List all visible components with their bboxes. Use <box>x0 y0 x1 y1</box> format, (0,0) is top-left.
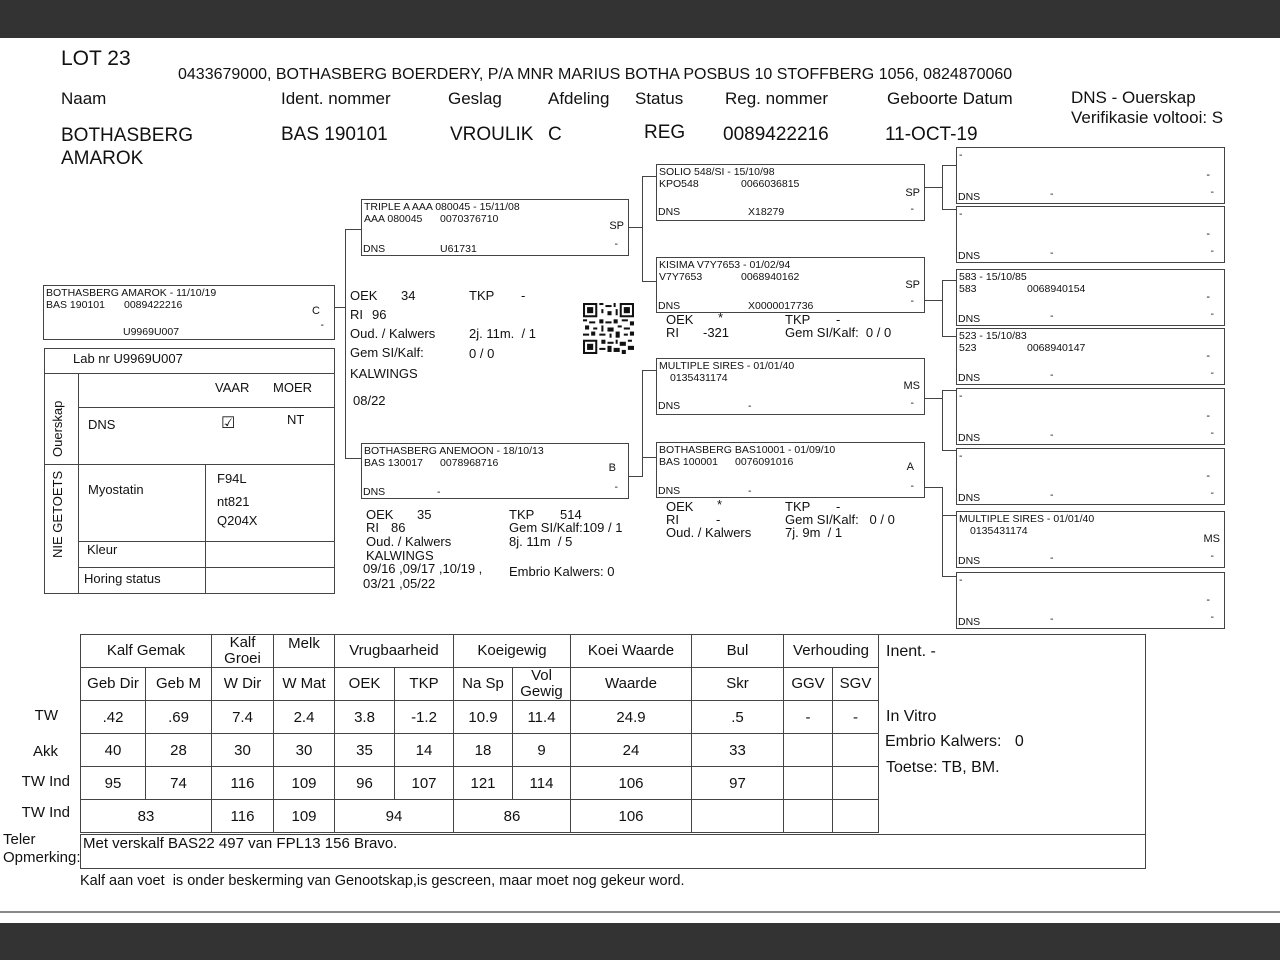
trait-row-tw-ind: 95 74 116 109 96 107 121 114 106 97 <box>81 767 879 800</box>
g3-7-reg: 0135431174 <box>970 525 1028 537</box>
group-verhouding: Verhouding <box>784 635 879 668</box>
sd-id: V7Y7653 <box>659 271 702 283</box>
subject-dns-value: U9969U007 <box>123 326 179 338</box>
animal-name-line2: AMAROK <box>61 147 193 170</box>
dd-stats: OEK * TKP - RI - Gem SI/Kalf: 0 / 0 Oud.… <box>666 499 926 544</box>
myostatin-q204x: Q204X <box>217 513 257 528</box>
row-label-akk: Akk <box>0 743 58 760</box>
moer-value: NT <box>287 412 304 427</box>
tw-ind-cell: 116 <box>212 767 274 800</box>
dd-title: BOTHASBERG BAS10001 - 01/09/10 <box>659 444 835 456</box>
g3-8-dns-value: - <box>1050 613 1054 625</box>
g3-2-dns-label: DNS <box>958 250 980 262</box>
dam-gem-value: Gem SI/Kalf:109 / 1 <box>509 520 622 535</box>
top-toolbar <box>0 0 1280 38</box>
akk-cell: 18 <box>454 734 513 767</box>
tw-cell: 10.9 <box>454 701 513 734</box>
g3-4-reg: 0068940147 <box>1027 342 1085 354</box>
col-na-sp: Na Sp <box>454 668 513 701</box>
horing-status-label: Horing status <box>84 571 161 586</box>
group-bul: Bul <box>692 635 784 668</box>
col-ggv: GGV <box>784 668 833 701</box>
subject-kalwings-value: 08/22 <box>353 391 386 411</box>
ds-code: MS <box>904 380 921 392</box>
col-oek: OEK <box>335 668 395 701</box>
animal-ident: BAS 190101 <box>281 124 388 146</box>
col-skr: Skr <box>692 668 784 701</box>
sd-code: SP <box>905 279 920 291</box>
col-w-dir: W Dir <box>212 668 274 701</box>
pedigree-sire-box[interactable]: TRIPLE A AAA 080045 - 15/11/08 AAA 08004… <box>361 199 629 256</box>
sd-ri-value: -321 <box>703 325 729 340</box>
tw-cell: -1.2 <box>395 701 454 734</box>
dam-kalwings-line2: 03/21 ,05/22 <box>363 576 435 591</box>
tw-ind-group-cell <box>833 800 879 833</box>
trait-group-header-row: Kalf Gemak Kalf Groei Melk Vrugbaarheid … <box>81 635 879 668</box>
tw-ind-cell: 109 <box>274 767 335 800</box>
dd-id: BAS 100001 <box>659 456 718 468</box>
subject-reg: 0089422216 <box>124 299 182 311</box>
dam-ri-label: RI <box>366 520 379 535</box>
myostatin-label: Myostatin <box>88 482 144 497</box>
subject-gem-label: Gem SI/Kalf: <box>350 343 424 363</box>
subject-oud-label: Oud. / Kalwers <box>350 324 435 344</box>
tw-cell: .5 <box>692 701 784 734</box>
ss-dns-value: X18279 <box>748 206 784 218</box>
sd-title: KISIMA V7Y7653 - 01/02/94 <box>659 259 790 271</box>
lot-number: LOT 23 <box>61 47 131 71</box>
col-geb-m: Geb M <box>146 668 212 701</box>
qr-code-icon <box>582 303 635 354</box>
ss-dash: - <box>911 203 915 215</box>
header-reg: Reg. nommer <box>725 89 828 109</box>
kleur-label: Kleur <box>87 542 117 557</box>
col-sgv: SGV <box>833 668 879 701</box>
bottom-toolbar <box>0 923 1280 960</box>
dam-oek-value: 35 <box>417 507 431 522</box>
pedigree-g3-box-8[interactable]: - - DNS - - <box>956 572 1225 629</box>
dam-dns-label: DNS <box>363 486 385 498</box>
g3-8-code: - <box>1206 594 1210 606</box>
nie-getoets-label: NIE GETOETS <box>50 471 65 558</box>
tw-ind-cell: 121 <box>454 767 513 800</box>
lab-number: Lab nr U9969U007 <box>73 351 183 366</box>
g3-6-dns-value: - <box>1050 489 1054 501</box>
akk-cell: 33 <box>692 734 784 767</box>
dam-dns-value: - <box>437 486 441 498</box>
pedigree-dd-box[interactable]: BOTHASBERG BAS10001 - 01/09/10 BAS 10000… <box>656 442 925 498</box>
group-melk: Melk <box>274 635 335 668</box>
col-w-mat: W Mat <box>274 668 335 701</box>
tw-cell: - <box>833 701 879 734</box>
g3-3-dns-label: DNS <box>958 313 980 325</box>
tw-ind-group-cell: 116 <box>212 800 274 833</box>
pedigree-g3-box-5[interactable]: - - DNS - - <box>956 388 1225 445</box>
g3-6-dns-label: DNS <box>958 492 980 504</box>
g3-5-title: - <box>959 390 963 402</box>
pedigree-dam-box[interactable]: BOTHASBERG ANEMOON - 18/10/13 BAS 130017… <box>361 443 629 499</box>
animal-geslag: VROULIK <box>450 124 533 146</box>
g3-7-dash: - <box>1211 550 1215 562</box>
tw-ind-group-cell: 86 <box>454 800 571 833</box>
tw-ind-cell: 95 <box>81 767 146 800</box>
pedigree-sd-box[interactable]: KISIMA V7Y7653 - 01/02/94 V7Y7653 006894… <box>656 257 925 313</box>
sire-dash: - <box>615 238 619 250</box>
dd-dns-label: DNS <box>658 485 680 497</box>
g3-4-title: 523 - 15/10/83 <box>959 330 1027 342</box>
inent-text: Inent. - <box>886 643 936 661</box>
sire-title: TRIPLE A AAA 080045 - 15/11/08 <box>364 201 520 213</box>
g3-8-dns-label: DNS <box>958 616 980 628</box>
tw-ind-group-cell <box>784 800 833 833</box>
col-geb-dir: Geb Dir <box>81 668 146 701</box>
g3-1-dash: - <box>1211 186 1215 198</box>
sire-id: AAA 080045 <box>364 213 422 225</box>
g3-8-dash: - <box>1211 611 1215 623</box>
toetse-text: Toetse: TB, BM. <box>886 759 1000 777</box>
header-afdeling: Afdeling <box>548 89 609 109</box>
g3-4-dns-value: - <box>1050 369 1054 381</box>
row-label-tw: TW <box>0 707 58 724</box>
dns-ouerskap-info: DNS - Ouerskap Verifikasie voltooi: S <box>1071 88 1223 128</box>
dam-oud-label: Oud. / Kalwers <box>366 534 451 549</box>
sd-dns-label: DNS <box>658 300 680 312</box>
group-koei-waarde: Koei Waarde <box>571 635 692 668</box>
in-vitro-text: In Vitro <box>886 708 936 726</box>
sire-dns-value: U61731 <box>440 243 477 255</box>
remark-label-opmerking: Opmerking: <box>3 849 81 867</box>
sd-dns-value: X0000017736 <box>748 300 813 312</box>
subject-pedigree-box[interactable]: BOTHASBERG AMAROK - 11/10/19 BAS 190101 … <box>43 285 335 340</box>
pedigree-g3-box-7[interactable]: MULTIPLE SIRES - 01/01/40 0135431174 MS … <box>956 511 1225 568</box>
g3-1-dns-value: - <box>1050 188 1054 200</box>
ss-reg: 0066036815 <box>741 178 799 190</box>
akk-cell: 24 <box>571 734 692 767</box>
g3-5-dns-label: DNS <box>958 432 980 444</box>
g3-2-code: - <box>1206 228 1210 240</box>
g3-7-dns-label: DNS <box>958 555 980 567</box>
tw-ind-group-cell: 109 <box>274 800 335 833</box>
group-vrugbaarheid: Vrugbaarheid <box>335 635 454 668</box>
g3-5-code: - <box>1206 410 1210 422</box>
group-kalf-groei: Kalf Groei <box>212 635 274 668</box>
g3-7-code: MS <box>1204 533 1221 545</box>
subject-oek-value: 34 <box>401 286 415 306</box>
g3-7-dns-value: - <box>1050 552 1054 564</box>
sd-gem-value: Gem SI/Kalf: 0 / 0 <box>785 325 891 340</box>
ss-dns-label: DNS <box>658 206 680 218</box>
g3-2-title: - <box>959 208 963 220</box>
akk-cell <box>784 734 833 767</box>
dam-reg: 0078968716 <box>440 457 498 469</box>
subject-dash: - <box>321 319 325 331</box>
subject-ri-value: 96 <box>372 305 386 325</box>
dd-dns-value: - <box>748 485 752 497</box>
pedigree-g3-box-4[interactable]: 523 - 15/10/83 523 0068940147 - DNS - - <box>956 328 1225 385</box>
header-geboorte: Geboorte Datum <box>887 89 1013 109</box>
myostatin-nt821: nt821 <box>217 494 250 509</box>
subject-oud-value: 2j. 11m. / 1 <box>469 324 536 344</box>
akk-cell: 40 <box>81 734 146 767</box>
g3-3-code: - <box>1206 291 1210 303</box>
subject-tkp-value: - <box>521 286 525 306</box>
g3-3-reg: 0068940154 <box>1027 283 1085 295</box>
tw-cell: 24.9 <box>571 701 692 734</box>
dd-oud-value: 7j. 9m / 1 <box>785 525 842 540</box>
animal-reg: 0089422216 <box>723 124 829 146</box>
sire-code: SP <box>609 220 624 232</box>
akk-cell <box>833 734 879 767</box>
sd-oek-value: * <box>718 310 723 325</box>
g3-3-dns-value: - <box>1050 310 1054 322</box>
row-label-tw-ind-group: TW Ind <box>10 804 70 821</box>
trait-row-tw: .42 .69 7.4 2.4 3.8 -1.2 10.9 11.4 24.9 … <box>81 701 879 734</box>
g3-1-code: - <box>1206 169 1210 181</box>
col-tkp: TKP <box>395 668 454 701</box>
subject-gem-value: 0 / 0 <box>469 344 494 364</box>
subject-code: C <box>312 305 320 317</box>
sire-reg: 0070376710 <box>440 213 498 225</box>
ouerskap-label: Ouerskap <box>50 401 65 457</box>
tw-ind-group-cell: 83 <box>81 800 212 833</box>
subject-stats: OEK 34 TKP - RI 96 Oud. / Kalwers 2j. 11… <box>350 286 570 416</box>
remark-label: Teler Opmerking: <box>3 831 81 867</box>
group-kalf-gemak: Kalf Gemak <box>81 635 212 668</box>
footnote: Kalf aan voet is onder beskerming van Ge… <box>80 873 685 889</box>
dam-dash: - <box>615 481 619 493</box>
col-waarde: Waarde <box>571 668 692 701</box>
header-ident: Ident. nommer <box>281 89 391 109</box>
myostatin-f94l: F94L <box>217 471 247 486</box>
pedigree-g3-box-3[interactable]: 583 - 15/10/85 583 0068940154 - DNS - - <box>956 269 1225 326</box>
trait-row-akk: 40 28 30 30 35 14 18 9 24 33 <box>81 734 879 767</box>
g3-6-title: - <box>959 450 963 462</box>
tw-ind-cell <box>833 767 879 800</box>
trait-column-header-row: Geb Dir Geb M W Dir W Mat OEK TKP Na Sp … <box>81 668 879 701</box>
dam-oud-value: 8j. 11m / 5 <box>509 534 572 549</box>
g3-8-title: - <box>959 574 963 586</box>
sire-dns-label: DNS <box>363 243 385 255</box>
dd-dash: - <box>911 480 915 492</box>
tw-cell: 3.8 <box>335 701 395 734</box>
tw-ind-cell <box>784 767 833 800</box>
lab-dns-panel: Lab nr U9969U007 Ouerskap VAAR MOER DNS … <box>44 348 335 594</box>
moer-header: MOER <box>273 380 312 395</box>
header-geslag: Geslag <box>448 89 502 109</box>
akk-cell: 30 <box>212 734 274 767</box>
dam-embrio: Embrio Kalwers: 0 <box>509 564 614 579</box>
dd-reg: 0076091016 <box>735 456 793 468</box>
vaar-header: VAAR <box>215 380 249 395</box>
tw-ind-cell: 97 <box>692 767 784 800</box>
dns-ouerskap-title: DNS - Ouerskap <box>1071 88 1223 108</box>
remark-box: Met verskalf BAS22 497 van FPL13 156 Bra… <box>80 834 1146 869</box>
ds-dns-label: DNS <box>658 400 680 412</box>
tw-ind-group-cell: 106 <box>571 800 692 833</box>
pedigree-ss-box[interactable]: SOLIO 548/SI - 15/10/98 KPO548 006603681… <box>656 164 925 221</box>
akk-cell: 14 <box>395 734 454 767</box>
g3-5-dns-value: - <box>1050 429 1054 441</box>
g3-6-code: - <box>1206 470 1210 482</box>
animal-birthdate: 11-OCT-19 <box>885 124 978 146</box>
dd-oud-label: Oud. / Kalwers <box>666 525 751 540</box>
ss-id: KPO548 <box>659 178 699 190</box>
trait-row-tw-ind-group: 83 116 109 94 86 106 <box>81 800 879 833</box>
g3-5-dash: - <box>1211 427 1215 439</box>
g3-4-code: - <box>1206 350 1210 362</box>
embrio-text: Embrio Kalwers: 0 <box>885 733 1024 751</box>
dam-id: BAS 130017 <box>364 457 423 469</box>
sd-reg: 0068940162 <box>741 271 799 283</box>
ds-dns-value: - <box>748 400 752 412</box>
ds-title: MULTIPLE SIRES - 01/01/40 <box>659 360 794 372</box>
side-info-panel: Inent. - In Vitro Embrio Kalwers: 0 Toet… <box>878 634 1146 835</box>
col-vol-gewig: Vol Gewig <box>513 668 571 701</box>
tw-cell: - <box>784 701 833 734</box>
dam-code: B <box>609 462 616 474</box>
animal-name: BOTHASBERG AMAROK <box>61 124 193 170</box>
g3-4-dns-label: DNS <box>958 372 980 384</box>
dd-oek-value: * <box>717 497 722 512</box>
tw-cell: 2.4 <box>274 701 335 734</box>
tw-ind-cell: 96 <box>335 767 395 800</box>
dns-verification: Verifikasie voltooi: S <box>1071 108 1223 128</box>
dam-title: BOTHASBERG ANEMOON - 18/10/13 <box>364 445 544 457</box>
ds-reg: 0135431174 <box>670 372 728 384</box>
tw-cell: .42 <box>81 701 146 734</box>
owner-info: 0433679000, BOTHASBERG BOERDERY, P/A MNR… <box>178 66 1012 84</box>
akk-cell: 9 <box>513 734 571 767</box>
g3-3-id: 583 <box>959 283 977 295</box>
dns-label: DNS <box>88 417 115 432</box>
tw-cell: 11.4 <box>513 701 571 734</box>
remark-text: Met verskalf BAS22 497 van FPL13 156 Bra… <box>83 835 1143 852</box>
ds-dash: - <box>911 397 915 409</box>
dam-stats: OEK 35 TKP 514 RI 86 Gem SI/Kalf:109 / 1… <box>366 507 646 592</box>
pedigree-g3-box-6[interactable]: - - DNS - - <box>956 448 1225 505</box>
tw-ind-cell: 106 <box>571 767 692 800</box>
dd-code: A <box>907 461 914 473</box>
akk-cell: 30 <box>274 734 335 767</box>
ss-title: SOLIO 548/SI - 15/10/98 <box>659 166 775 178</box>
pedigree-g3-box-2[interactable]: - - DNS - - <box>956 206 1225 263</box>
dam-ri-value: 86 <box>391 520 405 535</box>
g3-1-dns-label: DNS <box>958 191 980 203</box>
g3-7-title: MULTIPLE SIRES - 01/01/40 <box>959 513 1094 525</box>
tw-ind-group-cell <box>692 800 784 833</box>
akk-cell: 35 <box>335 734 395 767</box>
tw-ind-group-cell: 94 <box>335 800 454 833</box>
group-koeigewig: Koeigewig <box>454 635 571 668</box>
remark-label-teler: Teler <box>3 831 81 849</box>
tw-ind-cell: 114 <box>513 767 571 800</box>
g3-4-dash: - <box>1211 367 1215 379</box>
divider <box>0 911 1280 913</box>
animal-afdeling: C <box>548 124 562 146</box>
tw-cell: .69 <box>146 701 212 734</box>
trait-table: Kalf Gemak Kalf Groei Melk Vrugbaarheid … <box>80 634 879 833</box>
tw-cell: 7.4 <box>212 701 274 734</box>
subject-ri-label: RI <box>350 305 363 325</box>
tw-ind-cell: 107 <box>395 767 454 800</box>
g3-3-title: 583 - 15/10/85 <box>959 271 1027 283</box>
sd-dash: - <box>911 295 915 307</box>
subject-tkp-label: TKP <box>469 286 494 306</box>
g3-2-dash: - <box>1211 245 1215 257</box>
ss-code: SP <box>905 187 920 199</box>
g3-4-id: 523 <box>959 342 977 354</box>
g3-2-dns-value: - <box>1050 247 1054 259</box>
subject-title: BOTHASBERG AMAROK - 11/10/19 <box>46 287 216 299</box>
sd-ri-label: RI <box>666 325 679 340</box>
g3-3-dash: - <box>1211 308 1215 320</box>
header-naam: Naam <box>61 89 106 109</box>
dam-kalwings-line1: 09/16 ,09/17 ,10/19 , <box>363 561 482 576</box>
tw-ind-cell: 74 <box>146 767 212 800</box>
g3-1-title: - <box>959 149 963 161</box>
pedigree-ds-box[interactable]: MULTIPLE SIRES - 01/01/40 0135431174 MS … <box>656 358 925 415</box>
animal-status: REG <box>644 122 685 144</box>
row-label-tw-ind: TW Ind <box>10 773 70 790</box>
g3-6-dash: - <box>1211 487 1215 499</box>
akk-cell: 28 <box>146 734 212 767</box>
header-status: Status <box>635 89 683 109</box>
pedigree-g3-box-1[interactable]: - - DNS - - <box>956 147 1225 204</box>
subject-kalwings-label: KALWINGS <box>350 364 418 384</box>
sd-stats: OEK * TKP - RI -321 Gem SI/Kalf: 0 / 0 <box>666 312 926 342</box>
subject-id: BAS 190101 <box>46 299 105 311</box>
animal-name-line1: BOTHASBERG <box>61 124 193 147</box>
vaar-checkbox[interactable]: ☑ <box>221 413 235 433</box>
subject-oek-label: OEK <box>350 286 377 306</box>
